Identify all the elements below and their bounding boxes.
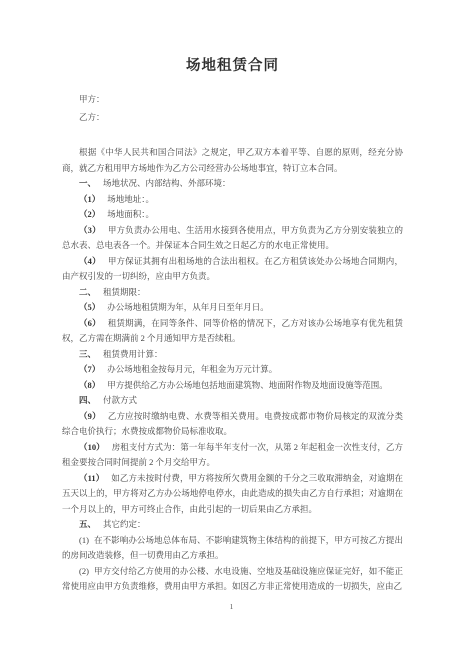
contract-clause: (2)甲方交付给乙方使用的办公楼、水电设施、空地及基础设施应保证完好，如不能正常… bbox=[62, 564, 403, 595]
clause-text: 乙方应按时缴纳电费、水费等相关费用。电费按成都市物价局核定的双流分类综合电价执行… bbox=[62, 411, 403, 437]
clause-number: （7） bbox=[79, 364, 100, 374]
party-a-line: 甲方： bbox=[62, 90, 403, 108]
contract-clause: （10）房租支付方式为：第一年每半年支付一次，从第 2 年起租金一次性支付，乙方… bbox=[62, 440, 403, 471]
clause-text: 根据《中华人民共和国合同法》之规定，甲乙双方本着平等、自愿的原则，经充分协商，就… bbox=[62, 147, 403, 173]
section-heading: 五、其它约定： bbox=[62, 517, 403, 533]
clause-number: （5） bbox=[79, 302, 100, 312]
contract-clause: （3）甲方负责办公用电、生活用水接到各使用点，甲方负责为乙方分别安装独立的总水表… bbox=[62, 223, 403, 254]
clause-number: (1) bbox=[79, 535, 89, 545]
clause-text: 办公场地租金按每月元，年租金为万元计算。 bbox=[107, 364, 277, 374]
clause-number: 三、 bbox=[79, 349, 96, 359]
clause-number: （6） bbox=[79, 318, 101, 328]
clause-text: 甲方提供给乙方办公场地包括地面建筑物、地面附作物及地面设施等范围。 bbox=[107, 380, 388, 390]
clause-number: （3） bbox=[79, 225, 101, 235]
page-number: 1 bbox=[0, 602, 463, 611]
clause-text: 场地状况、内部结构、外部环境： bbox=[103, 178, 231, 188]
clause-text: 如乙方未按时付费，甲方将按所欠费用金额的千分之三收取滞纳金，对逾期在五天以上的，… bbox=[62, 473, 403, 514]
clause-number: （4） bbox=[79, 256, 101, 266]
clause-text: 场地面积：。 bbox=[107, 209, 154, 219]
section-heading: 二、租赁期限： bbox=[62, 285, 403, 301]
contract-body: 根据《中华人民共和国合同法》之规定，甲乙双方本着平等、自愿的原则，经充分协商，就… bbox=[62, 145, 403, 595]
clause-number: 二、 bbox=[79, 287, 96, 297]
clause-text: 甲方保证其拥有出租场地的合法出租权。在乙方租赁该处办公场地合同期内，由产权引发的… bbox=[62, 256, 403, 282]
parties-section: 甲方： 乙方： bbox=[62, 90, 403, 126]
clause-text: 办公场地租赁期为年，从年月日至年月日。 bbox=[107, 302, 269, 312]
section-heading: 一、场地状况、内部结构、外部环境： bbox=[62, 176, 403, 192]
contract-clause: （8）甲方提供给乙方办公场地包括地面建筑物、地面附作物及地面设施等范围。 bbox=[62, 378, 403, 394]
contract-clause: （5）办公场地租赁期为年，从年月日至年月日。 bbox=[62, 300, 403, 316]
clause-number: （10） bbox=[79, 442, 105, 452]
clause-number: （1） bbox=[79, 194, 100, 204]
clause-text: 租赁期限： bbox=[103, 287, 146, 297]
document-title: 场地租赁合同 bbox=[62, 57, 403, 76]
contract-page: 场地租赁合同 甲方： 乙方： 根据《中华人民共和国合同法》之规定，甲乙双方本着平… bbox=[0, 0, 463, 655]
party-b-line: 乙方： bbox=[62, 108, 403, 126]
clause-number: （2） bbox=[79, 209, 100, 219]
contract-clause: （1）场地地址：。 bbox=[62, 192, 403, 208]
contract-clause: （7）办公场地租金按每月元，年租金为万元计算。 bbox=[62, 362, 403, 378]
contract-clause: （11）如乙方未按时付费，甲方将按所欠费用金额的千分之三收取滞纳金，对逾期在五天… bbox=[62, 471, 403, 518]
clause-text: 租赁费用计算： bbox=[103, 349, 163, 359]
clause-text: 房租支付方式为：第一年每半年支付一次，从第 2 年起租金一次性支付，乙方租金要按… bbox=[62, 442, 403, 468]
contract-clause: (1)在不影响办公场地总体布局、不影响建筑物主体结构的前提下，甲方可按乙方提出的… bbox=[62, 533, 403, 564]
clause-number: （11） bbox=[79, 473, 104, 483]
clause-number: 一、 bbox=[79, 178, 96, 188]
contract-paragraph: 根据《中华人民共和国合同法》之规定，甲乙双方本着平等、自愿的原则，经充分协商，就… bbox=[62, 145, 403, 176]
clause-number: （8） bbox=[79, 380, 100, 390]
clause-text: 场地地址：。 bbox=[107, 194, 154, 204]
clause-text: 甲方交付给乙方使用的办公楼、水电设施、空地及基础设施应保证完好，如不能正常使用应… bbox=[62, 566, 403, 592]
contract-clause: （9）乙方应按时缴纳电费、水费等相关费用。电费按成都市物价局核定的双流分类综合电… bbox=[62, 409, 403, 440]
clause-text: 付款方式 bbox=[103, 395, 137, 405]
clause-text: 租赁期满，在同等条件、同等价格的情况下，乙方对该办公场地享有优先租赁权，乙方需在… bbox=[62, 318, 403, 344]
contract-clause: （4）甲方保证其拥有出租场地的合法出租权。在乙方租赁该处办公场地合同期内，由产权… bbox=[62, 254, 403, 285]
section-heading: 四、付款方式 bbox=[62, 393, 403, 409]
clause-number: 五、 bbox=[79, 519, 96, 529]
clause-number: 四、 bbox=[79, 395, 96, 405]
contract-clause: （2）场地面积：。 bbox=[62, 207, 403, 223]
contract-clause: （6）租赁期满，在同等条件、同等价格的情况下，乙方对该办公场地享有优先租赁权，乙… bbox=[62, 316, 403, 347]
clause-text: 在不影响办公场地总体布局、不影响建筑物主体结构的前提下，甲方可按乙方提出的房间改… bbox=[62, 535, 403, 561]
section-heading: 三、租赁费用计算： bbox=[62, 347, 403, 363]
clause-text: 其它约定： bbox=[103, 519, 146, 529]
clause-text: 甲方负责办公用电、生活用水接到各使用点，甲方负责为乙方分别安装独立的总水表、总电… bbox=[62, 225, 403, 251]
clause-number: (2) bbox=[79, 566, 89, 576]
clause-number: （9） bbox=[79, 411, 101, 421]
